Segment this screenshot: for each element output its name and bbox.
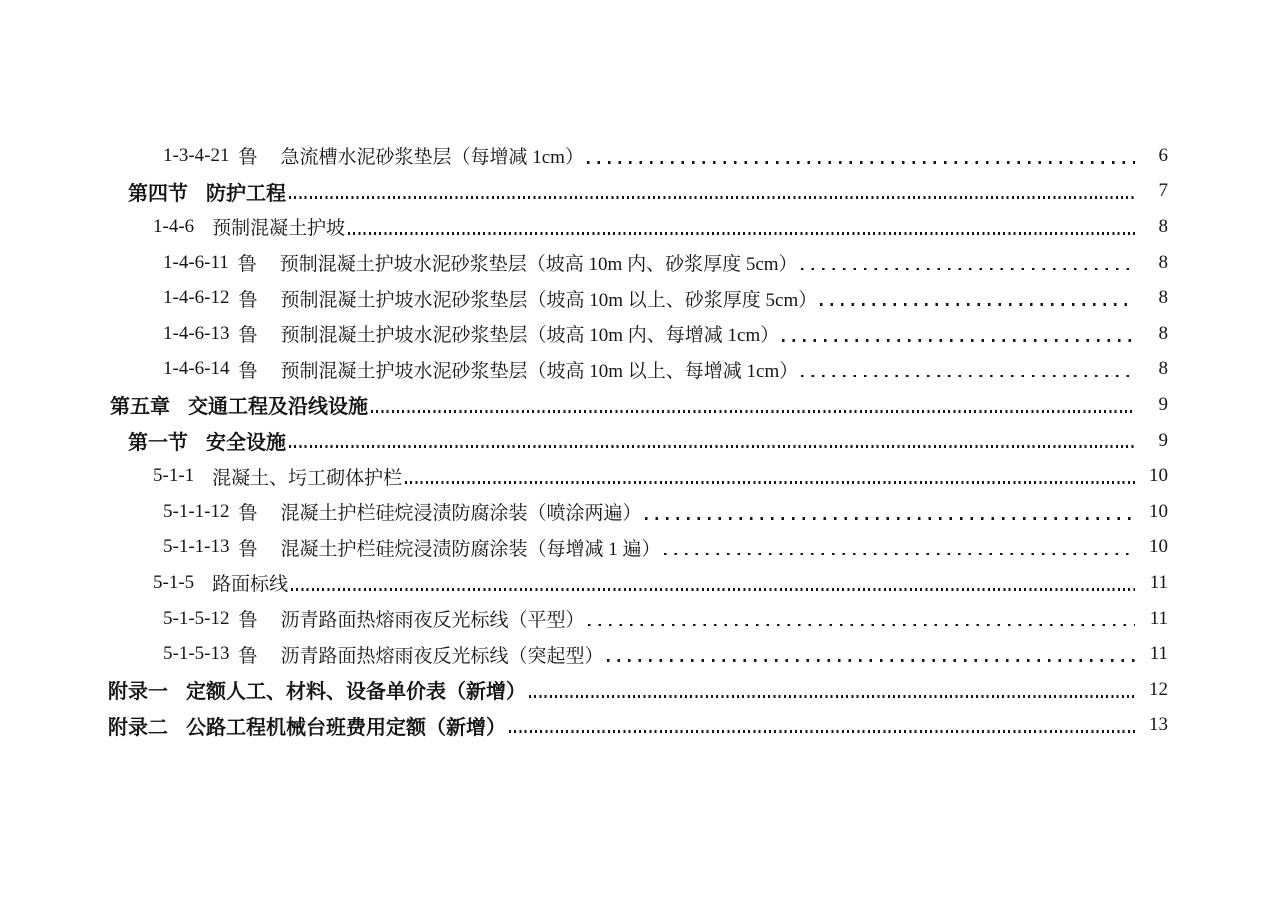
toc-entry: 1-4-6-13 鲁 预制混凝土护坡水泥砂浆垫层（坡高 10m 内、每增减 1c… (0, 316, 1280, 352)
entry-page-number: 8 (1140, 323, 1168, 345)
dot-leader (529, 672, 1135, 708)
entry-region-marker: 鲁 (238, 249, 257, 276)
toc-entry: 1-4-6-12 鲁 预制混凝土护坡水泥砂浆垫层（坡高 10m 以上、砂浆厚度 … (0, 280, 1280, 316)
entry-code: 第一节 (128, 426, 188, 455)
toc-entry: 5-1-5 路面标线 11 (0, 565, 1280, 601)
entry-title: 路面标线 (212, 569, 288, 596)
toc-entry: 1-3-4-21 鲁 急流槽水泥砂浆垫层（每增减 1cm） 6 (0, 138, 1280, 174)
entry-title: 混凝土、圬工砌体护栏 (212, 463, 402, 490)
entry-page-number: 11 (1140, 608, 1168, 630)
entry-code: 1-4-6-12 (163, 287, 229, 309)
entry-region-marker: 鲁 (238, 356, 257, 383)
entry-code: 附录二 (108, 711, 168, 740)
dot-leader (289, 423, 1135, 459)
toc-entry: 5-1-5-12 鲁 沥青路面热熔雨夜反光标线（平型） 11 (0, 601, 1280, 637)
entry-title: 急流槽水泥砂浆垫层（每增减 1cm） (281, 142, 584, 169)
toc-entry: 5-1-1-13 鲁 混凝土护栏硅烷浸渍防腐涂装（每增减 1 遍） 10 (0, 530, 1280, 566)
entry-page-number: 13 (1140, 714, 1168, 736)
entry-page-number: 8 (1140, 252, 1168, 274)
entry-page-number: 11 (1140, 572, 1168, 594)
dot-leader (782, 316, 1135, 352)
entry-title: 防护工程 (206, 177, 286, 206)
entry-page-number: 8 (1140, 287, 1168, 309)
toc-entry: 第四节 防护工程 7 (0, 174, 1280, 210)
document-page: 1-3-4-21 鲁 急流槽水泥砂浆垫层（每增减 1cm） 6 第四节 防护工程… (0, 0, 1280, 905)
entry-title: 交通工程及沿线设施 (188, 390, 368, 419)
entry-page-number: 11 (1140, 643, 1168, 665)
entry-title: 定额人工、材料、设备单价表（新增） (186, 675, 526, 704)
entry-page-number: 7 (1140, 180, 1168, 202)
entry-code: 5-1-5-13 (163, 643, 229, 665)
entry-title: 混凝土护栏硅烷浸渍防腐涂装（喷涂两遍） (281, 498, 642, 525)
toc-entry: 第一节 安全设施 9 (0, 423, 1280, 459)
entry-title: 预制混凝土护坡水泥砂浆垫层（坡高 10m 内、每增减 1cm） (281, 320, 780, 347)
entry-code: 1-4-6-13 (163, 323, 229, 345)
dot-leader (348, 209, 1135, 245)
entry-title: 安全设施 (206, 426, 286, 455)
entry-code: 5-1-5-12 (163, 608, 229, 630)
dot-leader (291, 565, 1135, 601)
dot-leader (371, 387, 1135, 423)
entry-page-number: 9 (1140, 430, 1168, 452)
entry-title: 预制混凝土护坡水泥砂浆垫层（坡高 10m 以上、砂浆厚度 5cm） (281, 285, 818, 312)
toc-entry: 附录一 定额人工、材料、设备单价表（新增） 12 (0, 672, 1280, 708)
entry-title: 预制混凝土护坡水泥砂浆垫层（坡高 10m 内、砂浆厚度 5cm） (280, 249, 798, 276)
entry-region-marker: 鲁 (238, 142, 257, 169)
entry-region-marker: 鲁 (238, 641, 257, 668)
toc-entry: 第五章 交通工程及沿线设施 9 (0, 387, 1280, 423)
entry-page-number: 8 (1140, 358, 1168, 380)
entry-code: 1-4-6-14 (163, 358, 229, 380)
entry-title: 沥青路面热熔雨夜反光标线（突起型） (281, 641, 604, 668)
entry-code: 5-1-1 (153, 465, 194, 487)
entry-page-number: 12 (1140, 679, 1168, 701)
dot-leader (820, 280, 1135, 316)
dot-leader (664, 530, 1135, 566)
entry-page-number: 9 (1140, 394, 1168, 416)
entry-code: 1-4-6-11 (163, 252, 229, 274)
table-of-contents: 1-3-4-21 鲁 急流槽水泥砂浆垫层（每增减 1cm） 6 第四节 防护工程… (0, 138, 1280, 743)
dot-leader (289, 174, 1135, 210)
entry-page-number: 10 (1140, 465, 1168, 487)
entry-code: 第四节 (128, 177, 188, 206)
entry-code: 5-1-1-13 (163, 536, 229, 558)
dot-leader (588, 601, 1135, 637)
toc-entry: 5-1-1-12 鲁 混凝土护栏硅烷浸渍防腐涂装（喷涂两遍） 10 (0, 494, 1280, 530)
entry-code: 1-3-4-21 (163, 145, 229, 167)
entry-region-marker: 鲁 (238, 320, 257, 347)
toc-entry: 1-4-6-14 鲁 预制混凝土护坡水泥砂浆垫层（坡高 10m 以上、每增减 1… (0, 352, 1280, 388)
entry-title: 预制混凝土护坡水泥砂浆垫层（坡高 10m 以上、每增减 1cm） (281, 356, 799, 383)
dot-leader (405, 458, 1135, 494)
entry-region-marker: 鲁 (238, 498, 257, 525)
entry-page-number: 8 (1140, 216, 1168, 238)
entry-code: 1-4-6 (153, 216, 194, 238)
dot-leader (509, 708, 1135, 744)
dot-leader (607, 636, 1135, 672)
entry-region-marker: 鲁 (238, 534, 257, 561)
entry-page-number: 10 (1140, 536, 1168, 558)
entry-page-number: 6 (1140, 145, 1168, 167)
dot-leader (801, 352, 1135, 388)
toc-entry: 附录二 公路工程机械台班费用定额（新增） 13 (0, 708, 1280, 744)
toc-entry: 1-4-6-11 鲁 预制混凝土护坡水泥砂浆垫层（坡高 10m 内、砂浆厚度 5… (0, 245, 1280, 281)
entry-code: 附录一 (108, 675, 168, 704)
dot-leader (645, 494, 1135, 530)
toc-entry: 5-1-5-13 鲁 沥青路面热熔雨夜反光标线（突起型） 11 (0, 636, 1280, 672)
entry-region-marker: 鲁 (238, 285, 257, 312)
dot-leader (587, 138, 1135, 174)
toc-entry: 5-1-1 混凝土、圬工砌体护栏 10 (0, 458, 1280, 494)
entry-code: 5-1-5 (153, 572, 194, 594)
entry-title: 混凝土护栏硅烷浸渍防腐涂装（每增减 1 遍） (281, 534, 661, 561)
entry-region-marker: 鲁 (238, 605, 257, 632)
entry-title: 沥青路面热熔雨夜反光标线（平型） (281, 605, 585, 632)
entry-page-number: 10 (1140, 501, 1168, 523)
dot-leader (801, 245, 1135, 281)
entry-code: 第五章 (110, 390, 170, 419)
entry-title: 预制混凝土护坡 (212, 213, 345, 240)
entry-code: 5-1-1-12 (163, 501, 229, 523)
toc-entry: 1-4-6 预制混凝土护坡 8 (0, 209, 1280, 245)
entry-title: 公路工程机械台班费用定额（新增） (186, 711, 506, 740)
